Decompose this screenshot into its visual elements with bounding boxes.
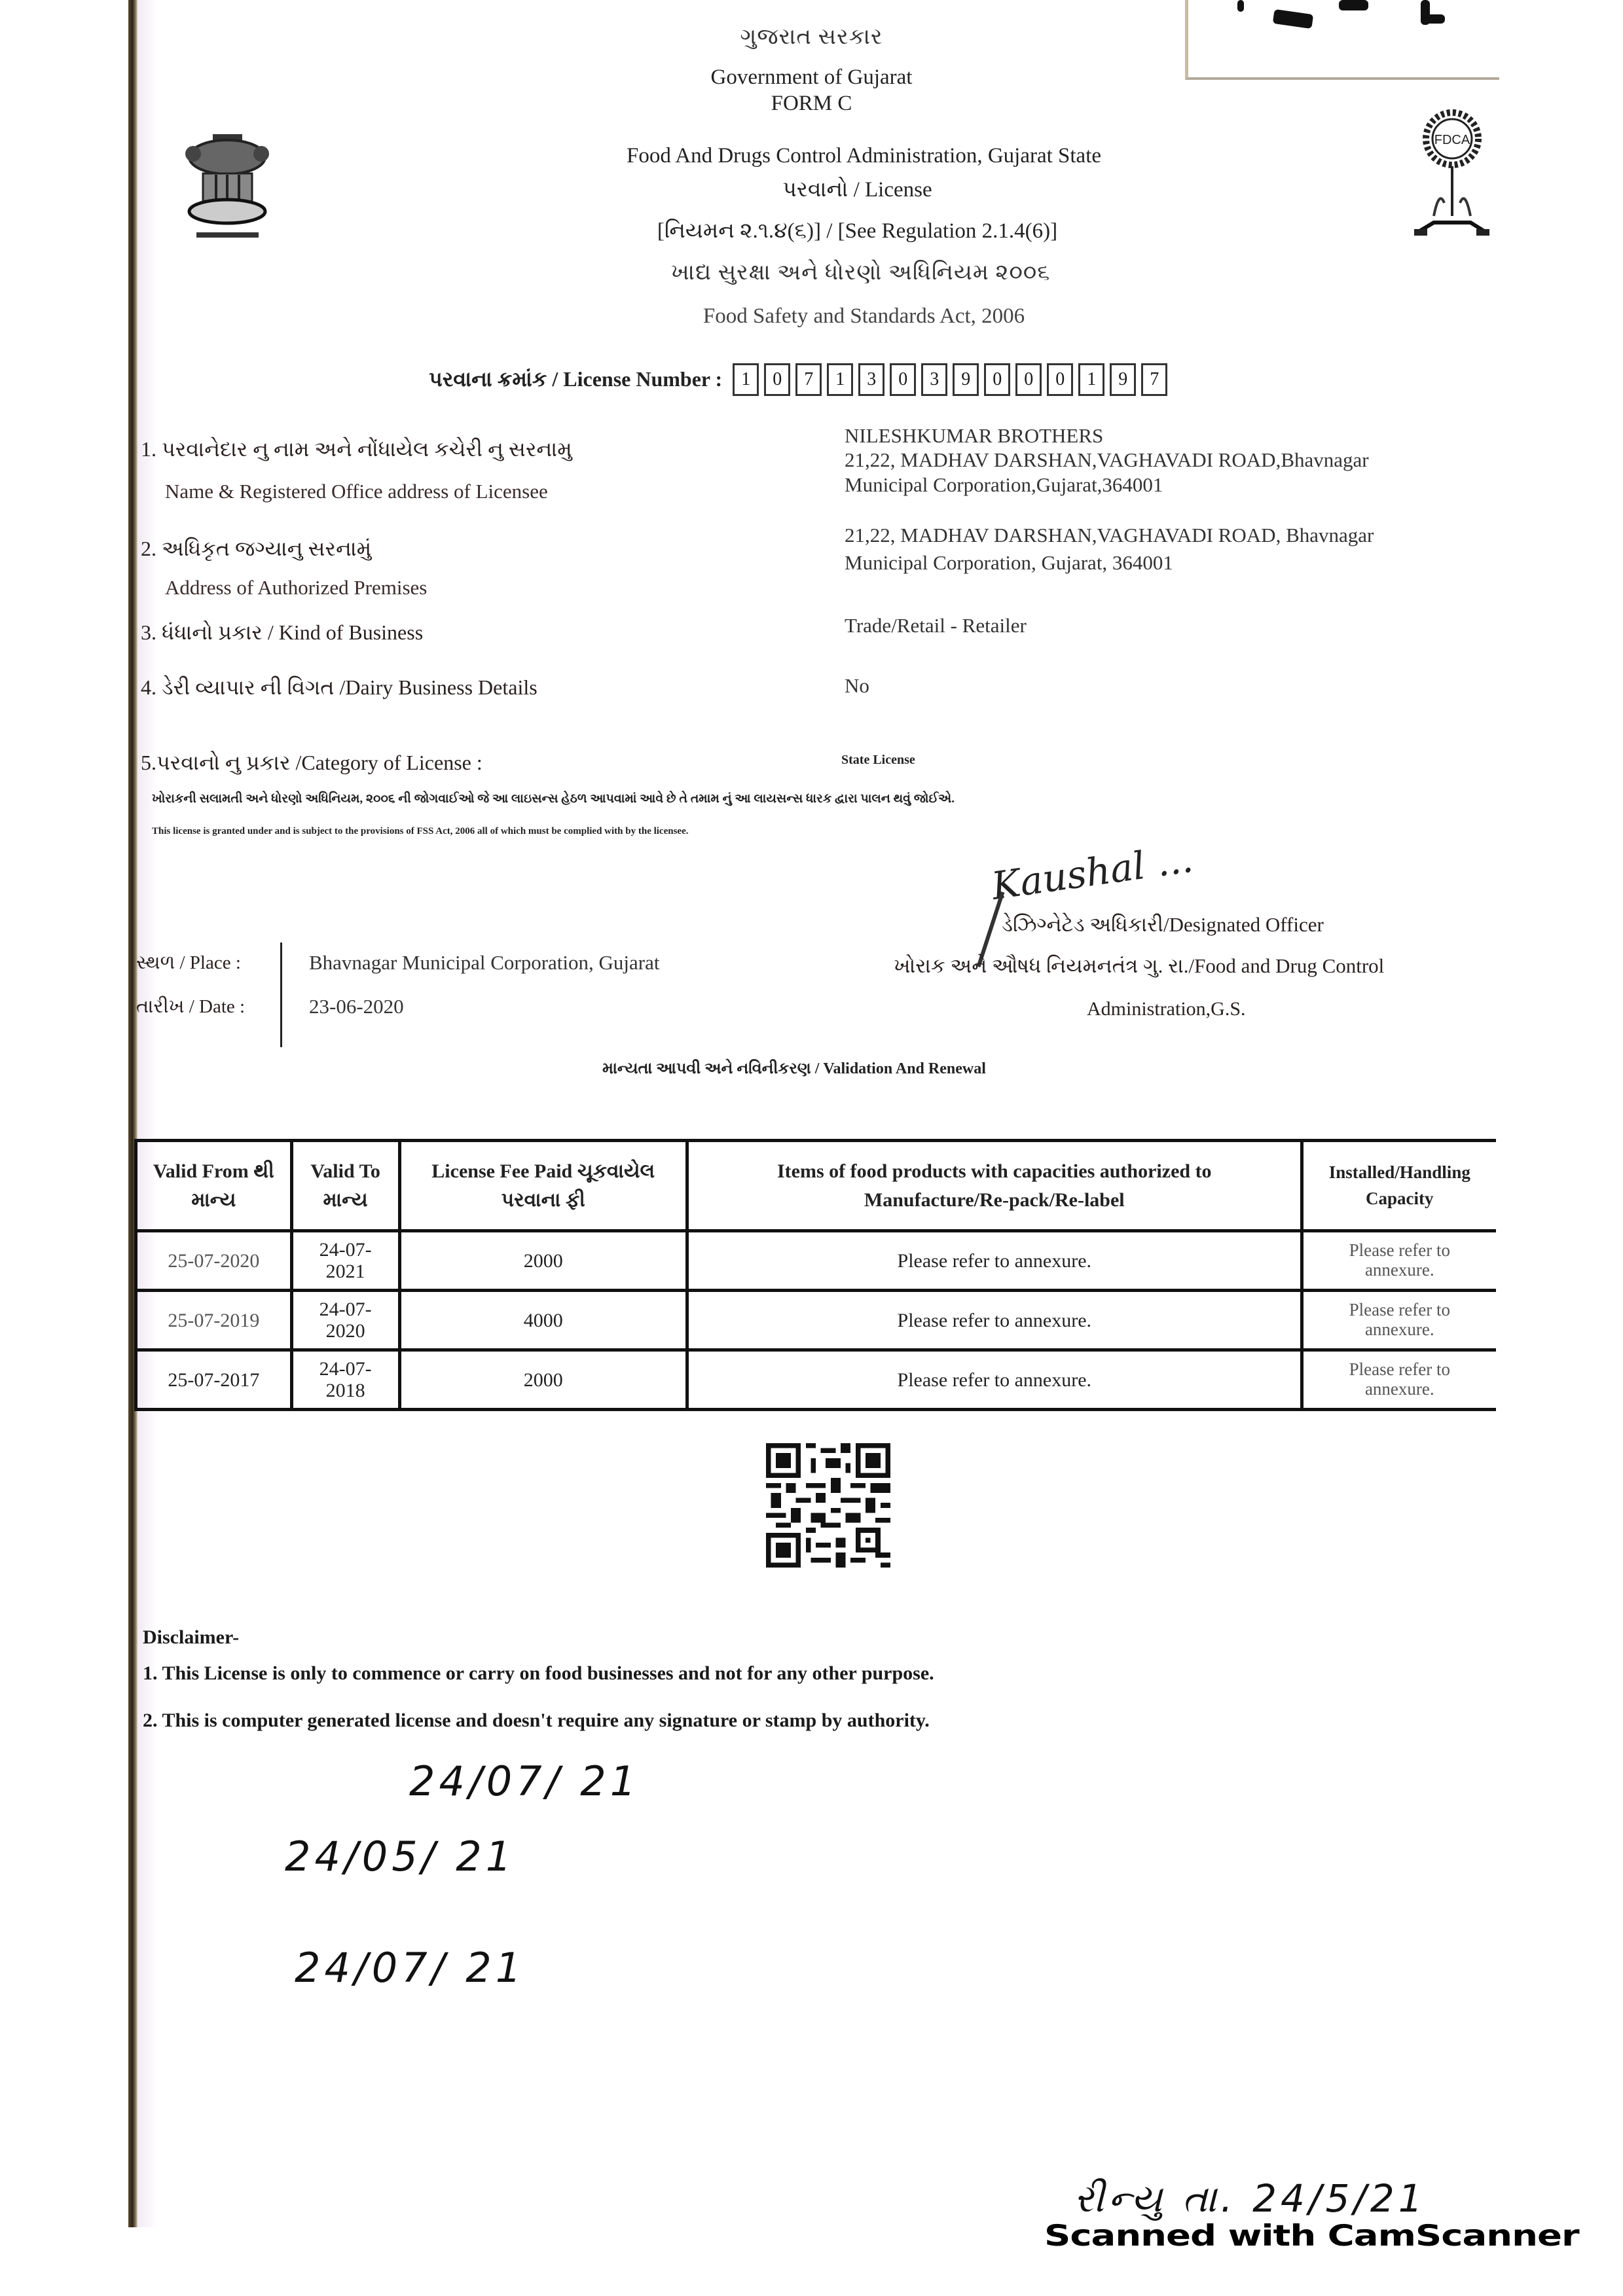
table-row: 25-07-2017 24-07-2018 2000 Please refer … xyxy=(136,1350,1497,1410)
license-digit: 0 xyxy=(1015,363,1042,396)
department-title: Food And Drugs Control Administration, G… xyxy=(105,144,1623,168)
cell-valid-to: 24-07-2020 xyxy=(291,1291,399,1350)
license-digit: 0 xyxy=(764,363,790,396)
cell-capacity: Please refer toannexure. xyxy=(1302,1350,1496,1410)
license-digit: 0 xyxy=(890,363,916,396)
col-fee: License Fee Paid ચૂકવાયેલપરવાના ફી xyxy=(399,1141,687,1231)
cell-valid-to: 24-07-2018 xyxy=(291,1350,399,1410)
table-header-row: Valid From થીમાન્ય Valid Toમાન્ય License… xyxy=(136,1141,1497,1231)
premises-address-line2: Municipal Corporation, Gujarat, 364001 xyxy=(845,551,1173,575)
license-digit: 0 xyxy=(1047,363,1073,396)
license-digit: 1 xyxy=(1078,363,1104,396)
business-kind-value: Trade/Retail - Retailer xyxy=(845,614,1027,637)
license-title: પરવાનો / License xyxy=(92,178,1623,202)
premises-address-line1: 21,22, MADHAV DARSHAN,VAGHAVADI ROAD, Bh… xyxy=(845,524,1374,547)
qr-code-icon[interactable] xyxy=(766,1443,890,1568)
license-digit: 0 xyxy=(984,363,1010,396)
license-digit: 7 xyxy=(1141,363,1167,396)
field-business-kind-label: 3. ધંધાનો પ્રકાર / Kind of Business xyxy=(141,620,423,645)
dairy-value: No xyxy=(845,674,869,698)
cell-valid-from: 25-07-2019 xyxy=(136,1291,292,1350)
handwritten-date: 24/07/ 21 xyxy=(295,1944,525,1992)
validation-caption: માન્યતા આપવી અને નવિનીકરણ / Validation A… xyxy=(602,1060,986,1078)
col-valid-to: Valid Toમાન્ય xyxy=(291,1141,399,1231)
cell-fee: 2000 xyxy=(399,1350,687,1410)
place-date-divider xyxy=(280,942,282,1047)
field-licensee-label-gu: 1. પરવાનેદાર નુ નામ અને નોંધાયેલ કચેરી ન… xyxy=(141,437,572,462)
table-row: 25-07-2020 24-07-2021 2000 Please refer … xyxy=(136,1231,1497,1291)
license-digit: 1 xyxy=(827,363,853,396)
disclaimer-item: 2. This is computer generated license an… xyxy=(143,1710,930,1732)
date-value: 23-06-2020 xyxy=(309,995,404,1018)
disclaimer-title: Disclaimer- xyxy=(143,1626,239,1649)
officer-dept-line1: ખોરાક અને ઔષધ નિયમનતંત્ર ગુ. રા./Food an… xyxy=(894,954,1384,978)
cell-valid-to: 24-07-2021 xyxy=(291,1231,399,1291)
license-number-label: પરવાના ક્રમાંક / License Number : xyxy=(429,367,722,392)
licensee-address-line1: 21,22, MADHAV DARSHAN,VAGHAVADI ROAD,Bha… xyxy=(845,448,1369,472)
license-number: પરવાના ક્રમાંક / License Number : 1 0 7 … xyxy=(429,360,1167,399)
gov-title-english: Government of Gujarat xyxy=(0,65,1623,90)
act-title-gujarati: ખાદ્ય સુરક્ષા અને ધોરણો અધિનિયમ ૨૦૦૬ xyxy=(98,260,1623,285)
field-dairy-label: 4. ડેરી વ્યાપાર ની વિગત /Dairy Business … xyxy=(141,675,538,700)
cell-fee: 4000 xyxy=(399,1291,687,1350)
officer-signature: Kaushal ... xyxy=(989,836,1196,908)
place-label: સ્થળ / Place : xyxy=(136,952,241,974)
license-digit: 9 xyxy=(953,363,979,396)
camscanner-watermark: Scanned with CamScanner xyxy=(1044,2219,1579,2253)
handwritten-date: 24/07/ 21 xyxy=(409,1757,640,1805)
cell-valid-from: 25-07-2020 xyxy=(136,1231,292,1291)
officer-title: ડેઝિગ્નેટેડ અધિકારી/Designated Officer xyxy=(1002,913,1324,937)
regulation-ref: [નિયમન ૨.૧.૪(૬)] / [See Regulation 2.1.4… xyxy=(92,219,1623,243)
form-title: FORM C xyxy=(0,92,1623,116)
scan-left-edge xyxy=(128,0,137,2227)
place-value: Bhavnagar Municipal Corporation, Gujarat xyxy=(309,951,659,975)
licensee-name: NILESHKUMAR BROTHERS xyxy=(845,424,1103,448)
field-premises-label-en: Address of Authorized Premises xyxy=(165,576,427,600)
handwritten-renewal-note: રીન્યુ તા. 24/5/21 xyxy=(1074,2176,1427,2221)
date-label: તારીખ / Date : xyxy=(136,996,245,1018)
field-licensee-label-en: Name & Registered Office address of Lice… xyxy=(165,480,548,503)
field-premises-label-gu: 2. અધિકૃત જગ્યાનુ સરનામું xyxy=(141,537,371,562)
scan-edge-fade xyxy=(137,0,157,2227)
gov-title-gujarati: ગુજરાત સરકાર xyxy=(0,25,1623,50)
notice-gujarati: ખોરાકની સલામતી અને ધોરણો અધિનિયમ, ૨૦૦૬ ન… xyxy=(152,792,955,806)
col-valid-from: Valid From થીમાન્ય xyxy=(136,1141,292,1231)
field-category-label: 5.પરવાનો નુ પ્રકાર /Category of License … xyxy=(141,751,483,776)
validation-table: Valid From થીમાન્ય Valid Toમાન્ય License… xyxy=(134,1139,1496,1411)
cell-items: Please refer to annexure. xyxy=(687,1350,1302,1410)
license-digit: 1 xyxy=(733,363,759,396)
cell-capacity: Please refer toannexure. xyxy=(1302,1231,1496,1291)
license-digit: 9 xyxy=(1110,363,1136,396)
act-title-english: Food Safety and Standards Act, 2006 xyxy=(105,304,1623,329)
notice-english: This license is granted under and is sub… xyxy=(152,826,689,837)
cell-items: Please refer to annexure. xyxy=(687,1291,1302,1350)
licensee-address-line2: Municipal Corporation,Gujarat,364001 xyxy=(845,473,1163,497)
cell-valid-from: 25-07-2017 xyxy=(136,1350,292,1410)
col-items: Items of food products with capacities a… xyxy=(687,1141,1302,1231)
license-digit: 3 xyxy=(921,363,947,396)
cell-items: Please refer to annexure. xyxy=(687,1231,1302,1291)
license-digit: 3 xyxy=(858,363,884,396)
handwritten-date: 24/05/ 21 xyxy=(285,1833,515,1880)
category-value: State License xyxy=(841,753,915,768)
disclaimer-item: 1. This License is only to commence or c… xyxy=(143,1662,934,1685)
col-capacity: Installed/HandlingCapacity xyxy=(1302,1141,1496,1231)
cell-capacity: Please refer toannexure. xyxy=(1302,1291,1496,1350)
officer-dept-line2: Administration,G.S. xyxy=(1087,998,1246,1020)
table-row: 25-07-2019 24-07-2020 4000 Please refer … xyxy=(136,1291,1497,1350)
license-digit: 7 xyxy=(795,363,822,396)
cell-fee: 2000 xyxy=(399,1231,687,1291)
